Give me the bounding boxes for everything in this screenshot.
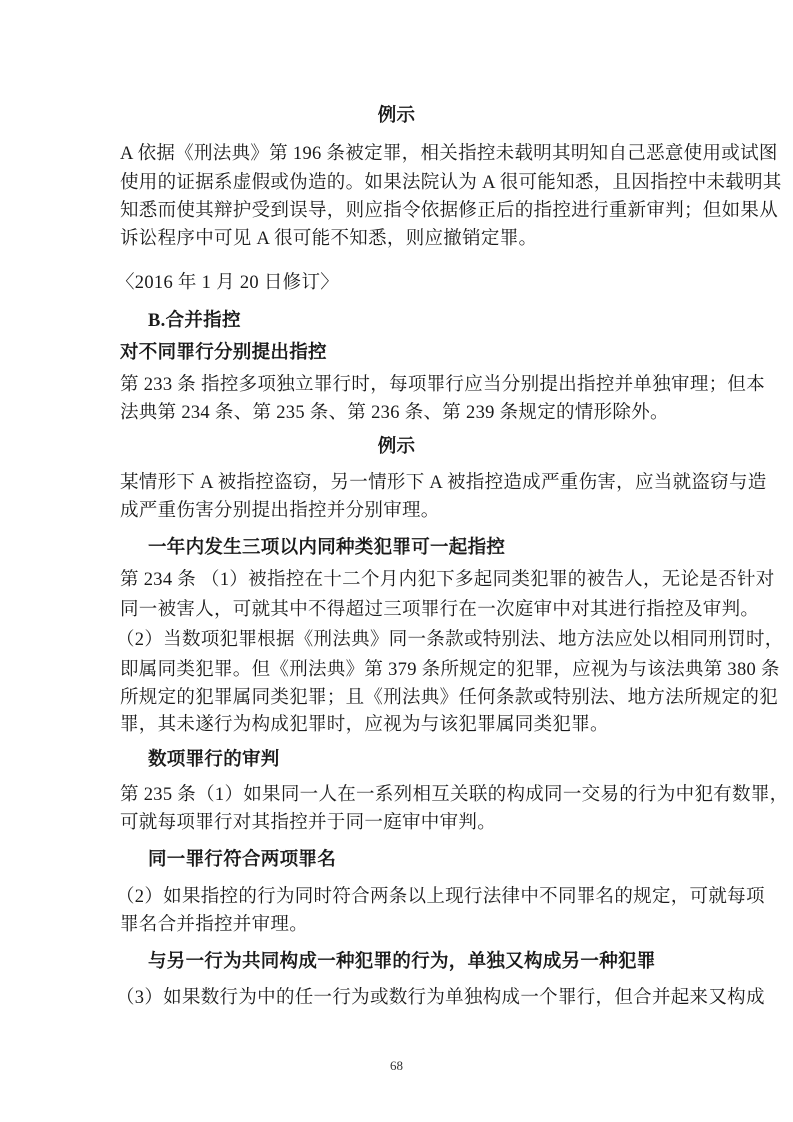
subheading: 一年内发生三项以内同种类犯罪可一起指控 (148, 537, 676, 559)
article-234-2-line: （2）当数项犯罪根据《刑法典》同一条款或特别法、地方法应处以相同刑罚时， (116, 629, 676, 651)
example-heading: 例示 (0, 105, 793, 127)
subheading: 对不同罪行分别提出指控 (120, 342, 676, 364)
subheading: 与另一行为共同构成一种犯罪的行为，单独又构成另一种犯罪 (148, 951, 676, 973)
example-line: 某情形下 A 被指控盗窃，另一情形下 A 被指控造成严重伤害，应当就盗窃与造 (120, 472, 676, 494)
subheading: 同一罪行符合两项罪名 (148, 849, 676, 871)
page-number: 68 (0, 1058, 793, 1074)
subheading: 数项罪行的审判 (148, 749, 676, 771)
section-heading: B.合并指控 (148, 310, 676, 332)
article-234-2-line: 即属同类犯罪。但《刑法典》第 379 条所规定的犯罪，应视为与该法典第 380 … (120, 659, 676, 681)
article-234-2-line: 罪，其未遂行为构成犯罪时，应视为与该犯罪属同类犯罪。 (120, 714, 676, 736)
example-heading: 例示 (0, 436, 793, 458)
article-233-line: 第 233 条 指控多项独立罪行时，每项罪行应当分别提出指控并单独审理；但本 (120, 374, 676, 396)
paragraph-line: A 依据《刑法典》第 196 条被定罪，相关指控未载明其明知自己恶意使用或试图 (120, 143, 676, 165)
article-235-2-line: （2）如果指控的行为同时符合两条以上现行法律中不同罪名的规定，可就每项 (116, 886, 676, 908)
article-234-2-line: 所规定的犯罪属同类犯罪；且《刑法典》任何条款或特别法、地方法所规定的犯 (120, 687, 676, 709)
article-235-3-line: （3）如果数行为中的任一行为或数行为单独构成一个罪行，但合并起来又构成 (116, 987, 676, 1009)
paragraph-line: 使用的证据系虚假或伪造的。如果法院认为 A 很可能知悉，且因指控中未载明其 (120, 172, 676, 194)
example-line: 成严重伤害分别提出指控并分别审理。 (120, 500, 676, 522)
article-235-line: 第 235 条（1）如果同一人在一系列相互关联的构成同一交易的行为中犯有数罪， (120, 784, 676, 806)
paragraph-line: 知悉而使其辩护受到误导，则应指令依据修正后的指控进行重新审判；但如果从 (120, 200, 676, 222)
paragraph-line: 诉讼程序中可见 A 很可能不知悉，则应撤销定罪。 (120, 228, 676, 250)
amendment-note: 〈2016 年 1 月 20 日修订〉 (116, 272, 672, 294)
article-234-line: 第 234 条 （1）被指控在十二个月内犯下多起同类犯罪的被告人，无论是否针对 (120, 569, 676, 591)
article-235-line: 可就每项罪行对其指控并于同一庭审中审判。 (120, 812, 676, 834)
article-234-line: 同一被害人，可就其中不得超过三项罪行在一次庭审中对其进行指控及审判。 (120, 599, 676, 621)
article-233-line: 法典第 234 条、第 235 条、第 236 条、第 239 条规定的情形除外… (120, 402, 676, 424)
article-235-2-line: 罪名合并指控并审理。 (120, 914, 676, 936)
